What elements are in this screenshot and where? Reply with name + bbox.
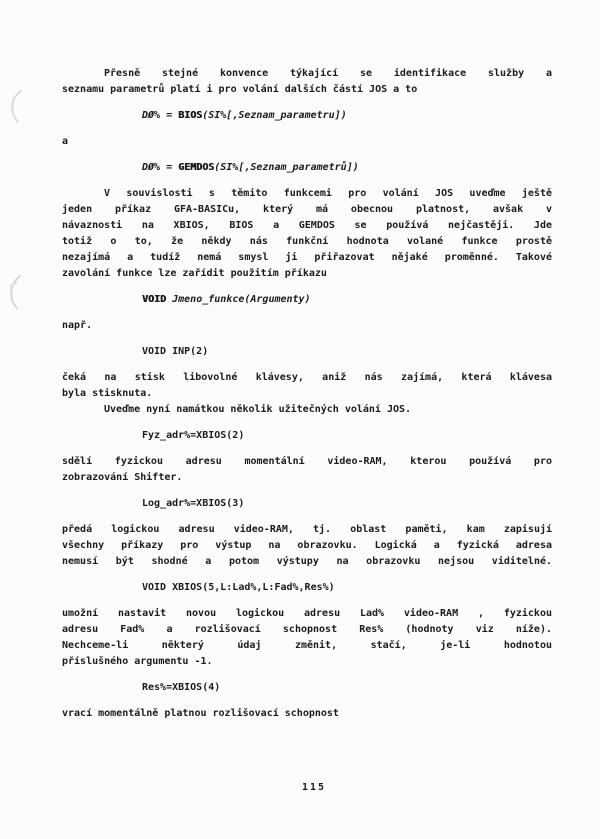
text-line: adresu Fad% a rozlišovací schopnost Res%…: [62, 622, 552, 638]
code-segment: VOID XBIOS(5,L:Lad%,L:Fad%,Res%): [142, 582, 335, 593]
text-line: nezajímá a tudíž nemá smysl ji přiřazova…: [62, 250, 552, 266]
code-segment: VOID INP(2): [142, 346, 208, 357]
code-segment: Res%=XBIOS(4): [142, 682, 220, 693]
code-segment: BIOS: [178, 110, 202, 121]
text-line: příslušného argumentu -1.: [62, 654, 552, 670]
text-line: byla stisknuta.: [62, 386, 552, 402]
code-block: VOID XBIOS(5,L:Lad%,L:Fad%,Res%): [62, 580, 552, 596]
code-block: DØ% = GEMDOS(SI%[,Seznam_parametrů]): [62, 160, 552, 176]
text-line: a: [62, 134, 552, 150]
pencil-mark-icon: [2, 272, 28, 312]
code-block: DØ% = BIOS(SI%[,Seznam_parametru]): [62, 108, 552, 124]
paragraph: např.: [62, 318, 552, 334]
paragraph: předá logickou adresu video-RAM, tj. obl…: [62, 522, 552, 570]
text-line: seznamu parametrů platí i pro volání dal…: [62, 82, 552, 98]
code-segment: Log_adr%=XBIOS(3): [142, 498, 244, 509]
text-line: Přesně stejné konvence týkající se ident…: [62, 66, 552, 82]
pencil-mark-icon: [4, 88, 30, 126]
text-line: např.: [62, 318, 552, 334]
code-segment: DØ% =: [142, 110, 178, 121]
paragraph: V souvislosti s těmito funkcemi pro volá…: [62, 186, 552, 282]
code-block: VOID INP(2): [62, 344, 552, 360]
code-segment: Jmeno_funkce(Argumenty): [172, 294, 310, 305]
text-line: zobrazování Shifter.: [62, 470, 552, 486]
code-line: DØ% = GEMDOS(SI%[,Seznam_parametrů]): [62, 160, 552, 176]
code-line: Res%=XBIOS(4): [62, 680, 552, 696]
text-line: předá logickou adresu video-RAM, tj. obl…: [62, 522, 552, 538]
text-line: Nechceme-li některý údaj změnit, stačí, …: [62, 638, 552, 654]
code-block: Res%=XBIOS(4): [62, 680, 552, 696]
code-block: VOID Jmeno_funkce(Argumenty): [62, 292, 552, 308]
code-segment: Fyz_adr%=XBIOS(2): [142, 430, 244, 441]
paragraph: vrací momentálně platnou rozlišovací sch…: [62, 706, 552, 722]
code-line: Fyz_adr%=XBIOS(2): [62, 428, 552, 444]
code-line: VOID Jmeno_funkce(Argumenty): [62, 292, 552, 308]
text-line: návaznosti na XBIOS, BIOS a GEMDOS se po…: [62, 218, 552, 234]
text-line: totiž o to, že někdy nás funkční hodnota…: [62, 234, 552, 250]
text-line: všechny příkazy pro výstup na obrazovku.…: [62, 538, 552, 554]
text-line: sdělí fyzickou adresu momentální video-R…: [62, 454, 552, 470]
code-segment: (SI%[,Seznam_parametrů]): [214, 162, 359, 173]
code-segment: (SI%[,Seznam_parametru]): [202, 110, 347, 121]
paragraph: čeká na stisk libovolné klávesy, aniž ná…: [62, 370, 552, 418]
code-block: Log_adr%=XBIOS(3): [62, 496, 552, 512]
code-line: VOID INP(2): [62, 344, 552, 360]
text-line: V souvislosti s těmito funkcemi pro volá…: [62, 186, 552, 202]
document-page: Přesně stejné konvence týkající se ident…: [0, 0, 600, 839]
text-content: Přesně stejné konvence týkající se ident…: [62, 66, 552, 722]
paragraph: Přesně stejné konvence týkající se ident…: [62, 66, 552, 98]
paragraph: a: [62, 134, 552, 150]
paragraph: sdělí fyzickou adresu momentální video-R…: [62, 454, 552, 486]
code-segment: DØ% =: [142, 162, 178, 173]
text-line: jeden příkaz GFA-BASICu, který má obecno…: [62, 202, 552, 218]
code-segment: VOID: [142, 294, 172, 305]
code-line: DØ% = BIOS(SI%[,Seznam_parametru]): [62, 108, 552, 124]
text-line: čeká na stisk libovolné klávesy, aniž ná…: [62, 370, 552, 386]
code-line: VOID XBIOS(5,L:Lad%,L:Fad%,Res%): [62, 580, 552, 596]
text-line: umožní nastavit novou logickou adresu La…: [62, 606, 552, 622]
code-segment: GEMDOS: [178, 162, 214, 173]
paragraph: umožní nastavit novou logickou adresu La…: [62, 606, 552, 670]
code-block: Fyz_adr%=XBIOS(2): [62, 428, 552, 444]
text-line: Uveďme nyní namátkou několik užitečných …: [62, 402, 552, 418]
text-line: nemusí být shodné a potom výstupy na obr…: [62, 554, 552, 570]
text-line: zavolání funkce lze zařídit použitím pří…: [62, 266, 552, 282]
code-line: Log_adr%=XBIOS(3): [62, 496, 552, 512]
page-number: 115: [0, 782, 600, 793]
text-line: vrací momentálně platnou rozlišovací sch…: [62, 706, 552, 722]
